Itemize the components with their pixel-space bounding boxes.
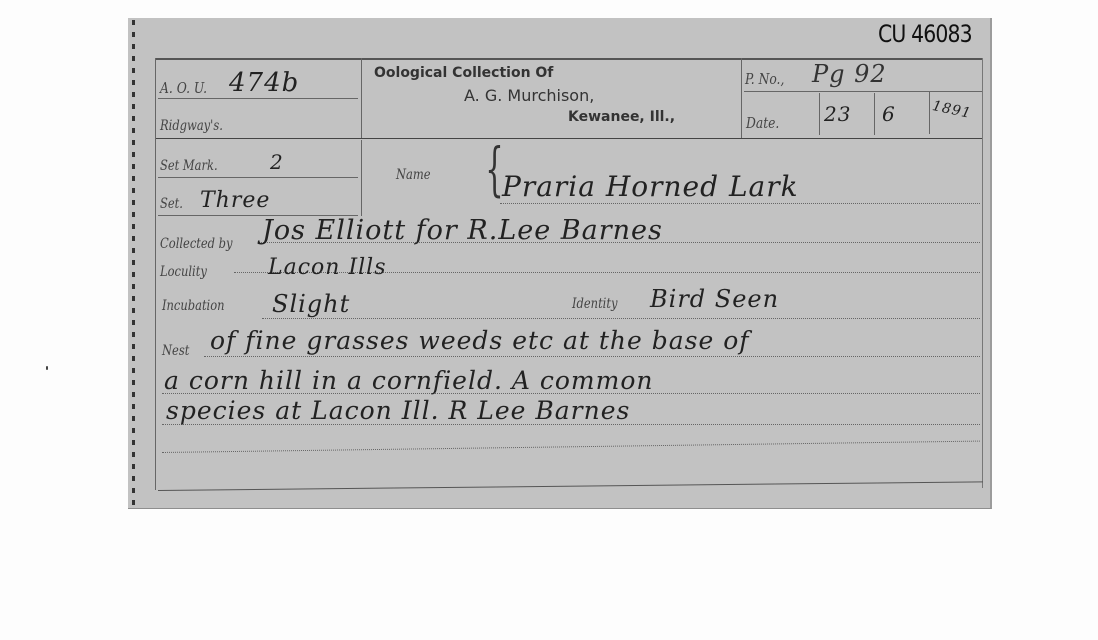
nest-text-line-2: a corn hill in a cornfield. A common (164, 366, 654, 395)
header-divider-left (361, 58, 362, 138)
aou-label: A. O. U. (160, 79, 207, 97)
catalog-number: CU 46083 (878, 20, 972, 48)
collected-by-label: Collected by (160, 236, 233, 252)
frame-left-rule (155, 58, 156, 490)
date-day: 23 (824, 102, 851, 126)
frame-right-rule (982, 58, 983, 488)
set-divider (361, 140, 362, 216)
name-value: Praria Horned Lark (502, 170, 799, 203)
aou-rule (158, 98, 358, 99)
identity-label: Identity (572, 296, 617, 312)
identity-value: Bird Seen (650, 285, 779, 313)
locality-value: Lacon Ills (268, 255, 387, 280)
date-divider-1 (819, 93, 820, 135)
p-no-label: P. No., (745, 70, 784, 88)
header-bottom-rule (156, 138, 982, 139)
scan-speck (46, 366, 48, 370)
set-mark-label: Set Mark. (160, 158, 218, 174)
collection-title: Oological Collection Of (374, 65, 553, 81)
incubation-value: Slight (272, 290, 350, 318)
set-mark-rule (158, 177, 358, 178)
ridgway-label: Ridgway's. (160, 118, 223, 134)
set-value: Three (200, 188, 270, 213)
nest-text-line-1: of fine grasses weeds etc at the base of (210, 326, 750, 355)
name-label: Name (396, 167, 431, 183)
name-brace: { (485, 140, 503, 198)
perforation-edge (132, 20, 135, 506)
aou-value: 474b (229, 68, 299, 98)
collected-by-value: Jos Elliott for R.Lee Barnes (262, 215, 663, 246)
nest-line-1 (204, 356, 980, 357)
set-label: Set. (160, 196, 183, 212)
incubation-line (262, 318, 980, 319)
set-mark-value: 2 (270, 150, 284, 174)
name-line (500, 203, 980, 204)
collector-location: Kewanee, Ill., (568, 109, 675, 125)
date-label: Date. (746, 114, 779, 132)
nest-label: Nest (162, 343, 189, 359)
p-no-value: Pg 92 (812, 60, 887, 88)
date-divider-2 (874, 93, 875, 135)
nest-text-line-3: species at Lacon Ill. R Lee Barnes (166, 396, 630, 425)
incubation-label: Incubation (162, 298, 225, 314)
date-month: 6 (882, 102, 896, 126)
pno-rule (744, 91, 982, 92)
locality-label: Loculity (160, 264, 207, 280)
collector-name: A. G. Murchison, (464, 86, 594, 105)
header-divider-right (741, 58, 742, 138)
